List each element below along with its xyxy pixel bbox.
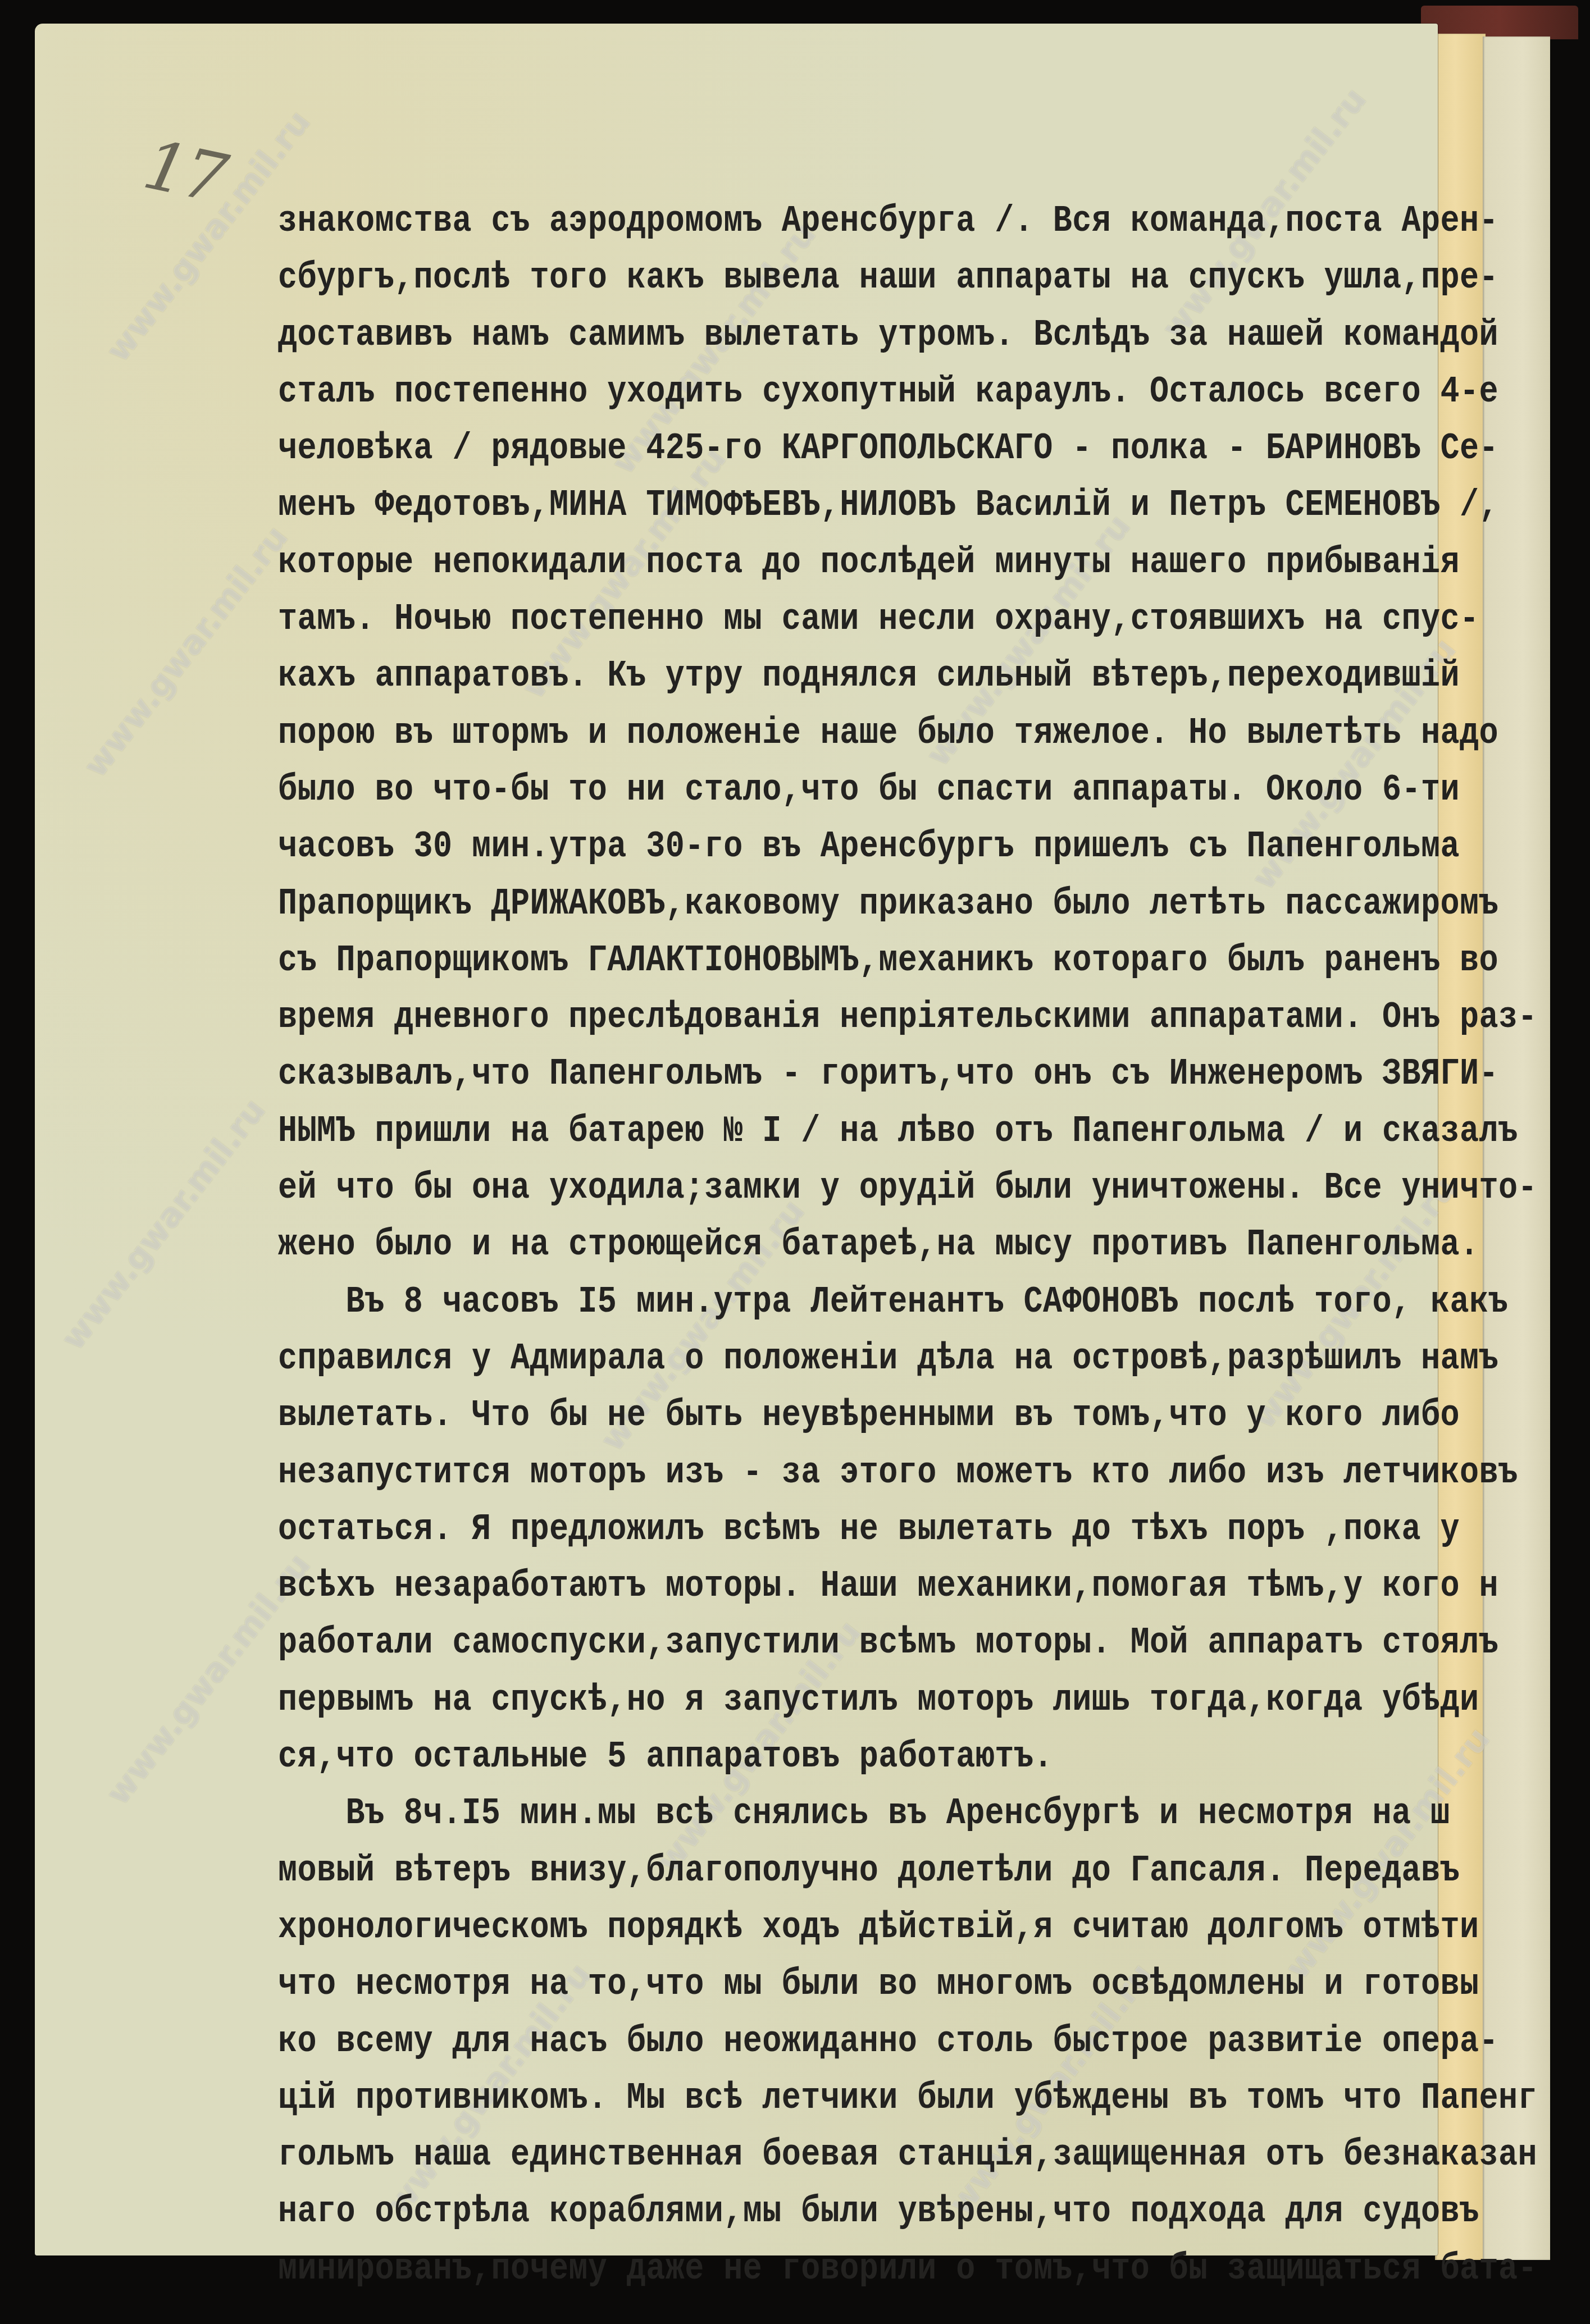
text-line: жено было и на строющейся батареѣ,на мыс… — [278, 1216, 1283, 1273]
text-line: остаться. Я предложилъ всѣмъ не вылетать… — [278, 1501, 1283, 1558]
text-line: человѣка / рядовые 425-го КАРГОПОЛЬСКАГО… — [278, 420, 1283, 477]
text-line: порою въ штормъ и положенiе наше было тя… — [278, 705, 1283, 761]
text-line: ей что бы она уходила;замки у орудiй был… — [278, 1159, 1283, 1216]
text-line: было во что-бы то ни стало,что бы спасти… — [278, 761, 1283, 818]
text-line: мовый вѣтеръ внизу,благополучно долетѣли… — [278, 1842, 1283, 1899]
text-line: гольмъ наша единственная боевая станцiя,… — [278, 2126, 1283, 2183]
text-line: первымъ на спускѣ,но я запустилъ моторъ … — [278, 1672, 1283, 1728]
text-line: цiй противникомъ. Мы всѣ летчики были уб… — [278, 2070, 1283, 2126]
text-line: съ Прапорщикомъ ГАЛАКТIОНОВЫМЪ,механикъ … — [278, 932, 1283, 989]
text-line: тамъ. Ночью постепенно мы сами несли охр… — [278, 591, 1283, 647]
text-line: вылетать. Что бы не быть неувѣренными въ… — [278, 1387, 1283, 1444]
text-line: минированъ,почему даже не говорили о том… — [278, 2240, 1283, 2297]
text-line: ся,что остальные 5 аппаратовъ работаютъ. — [278, 1728, 1283, 1785]
text-line: время дневного преслѣдованiя непрiятельс… — [278, 989, 1283, 1045]
text-line: НЫМЪ пришли на батарею № I / на лѣво отъ… — [278, 1103, 1283, 1159]
text-line: часовъ 30 мин.утра 30-го въ Аренсбургъ п… — [278, 818, 1283, 875]
text-line: всѣхъ незаработаютъ моторы. Наши механик… — [278, 1558, 1283, 1614]
text-line: сказывалъ,что Папенгольмъ - горитъ,что о… — [278, 1045, 1283, 1102]
watermark: www.gwar.mil.ru — [53, 1091, 273, 1357]
paragraph-start-line: Въ 8ч.I5 мин.мы всѣ снялись въ Аренсбург… — [278, 1785, 1283, 1842]
text-line: сбургъ,послѣ того какъ вывела наши аппар… — [278, 249, 1283, 306]
text-line: работали самоспуски,запустили всѣмъ мото… — [278, 1614, 1283, 1671]
text-line: справился у Адмирала о положенiи дѣла на… — [278, 1330, 1283, 1387]
watermark: www.gwar.mil.ru — [76, 518, 295, 784]
text-line: знакомства съ аэродромомъ Аренсбурга /. … — [278, 193, 1283, 249]
handwritten-folio-number: 17 — [137, 126, 231, 218]
typed-report-body: знакомства съ аэродромомъ Аренсбурга /. … — [278, 193, 1446, 2297]
text-line: менъ Федотовъ,МИНА ТИМОФѢЕВЪ,НИЛОВЪ Васи… — [278, 477, 1283, 533]
paragraph-start-line: Въ 8 часовъ I5 мин.утра Лейтенантъ САФОН… — [278, 1273, 1283, 1330]
text-line: кахъ аппаратовъ. Къ утру поднялся сильны… — [278, 647, 1283, 704]
text-line: наго обстрѣла кораблями,мы были увѣрены,… — [278, 2183, 1283, 2240]
text-line: что несмотря на то,что мы были во многом… — [278, 1956, 1283, 2012]
text-line: ко всему для насъ было неожиданно столь … — [278, 2013, 1283, 2070]
text-line: хронологическомъ порядкѣ ходъ дѣйствiй,я… — [278, 1899, 1283, 1956]
text-line: незапустится моторъ изъ - за этого может… — [278, 1444, 1283, 1501]
text-line: которые непокидали поста до послѣдей мин… — [278, 534, 1283, 591]
text-line: сталъ постепенно уходить сухопутный кара… — [278, 363, 1283, 420]
text-line: Прапорщикъ ДРИЖАКОВЪ,каковому приказано … — [278, 875, 1283, 932]
text-line: доставивъ намъ самимъ вылетать утромъ. В… — [278, 307, 1283, 363]
